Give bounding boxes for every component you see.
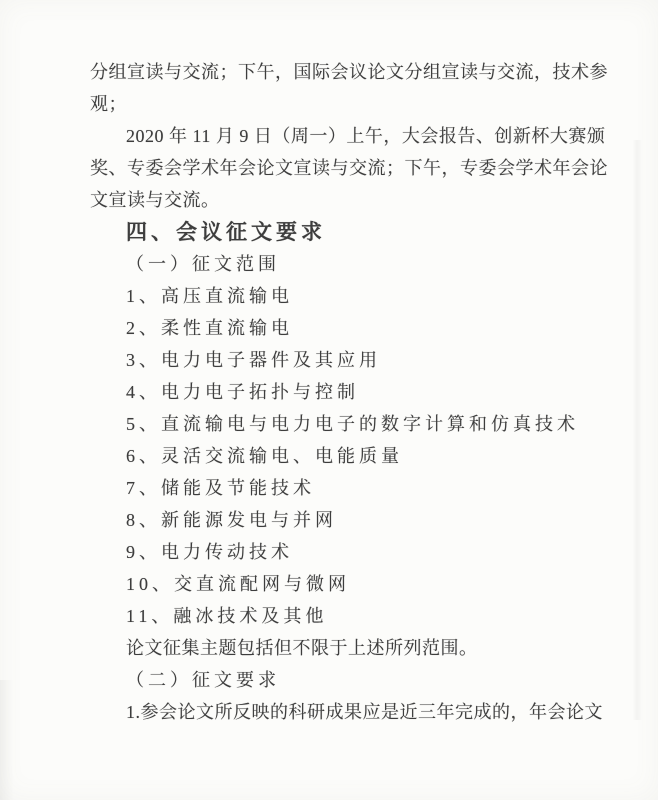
text-line: 7、储能及节能技术 [90, 472, 635, 504]
text-line: 8、新能源发电与并网 [90, 504, 635, 536]
text-line: 4、电力电子拓扑与控制 [90, 376, 635, 408]
text-line: 观； [90, 88, 635, 120]
text-line: 论文征集主题包括但不限于上述所列范围。 [90, 632, 635, 664]
section-heading: 四、会议征文要求 [90, 216, 635, 248]
text-line: 5、直流输电与电力电子的数字计算和仿真技术 [90, 408, 635, 440]
text-line: 6、灵活交流输电、电能质量 [90, 440, 635, 472]
text-line: 奖、专委会学术年会论文宣读与交流；下午，专委会学术年会论 [90, 152, 635, 184]
text-line: （一）征文范围 [90, 248, 635, 280]
text-line: 1、高压直流输电 [90, 280, 635, 312]
text-line: 分组宣读与交流；下午，国际会议论文分组宣读与交流，技术参 [90, 56, 635, 88]
text-line: 2、柔性直流输电 [90, 312, 635, 344]
text-line: 1.参会论文所反映的科研成果应是近三年完成的，年会论文 [90, 696, 635, 728]
text-line: 2020 年 11 月 9 日（周一）上午，大会报告、创新杯大赛颁 [90, 120, 635, 152]
scanned-document-page: 分组宣读与交流；下午，国际会议论文分组宣读与交流，技术参观；2020 年 11 … [0, 0, 658, 800]
text-line: 3、电力电子器件及其应用 [90, 344, 635, 376]
text-line: 9、电力传动技术 [90, 536, 635, 568]
scan-artifact-corner-shade [0, 680, 14, 800]
text-line: 10、交直流配网与微网 [90, 568, 635, 600]
text-line: 文宣读与交流。 [90, 184, 635, 216]
document-text-block: 分组宣读与交流；下午，国际会议论文分组宣读与交流，技术参观；2020 年 11 … [90, 56, 635, 728]
text-line: 11、融冰技术及其他 [90, 600, 635, 632]
text-line: （二）征文要求 [90, 664, 635, 696]
